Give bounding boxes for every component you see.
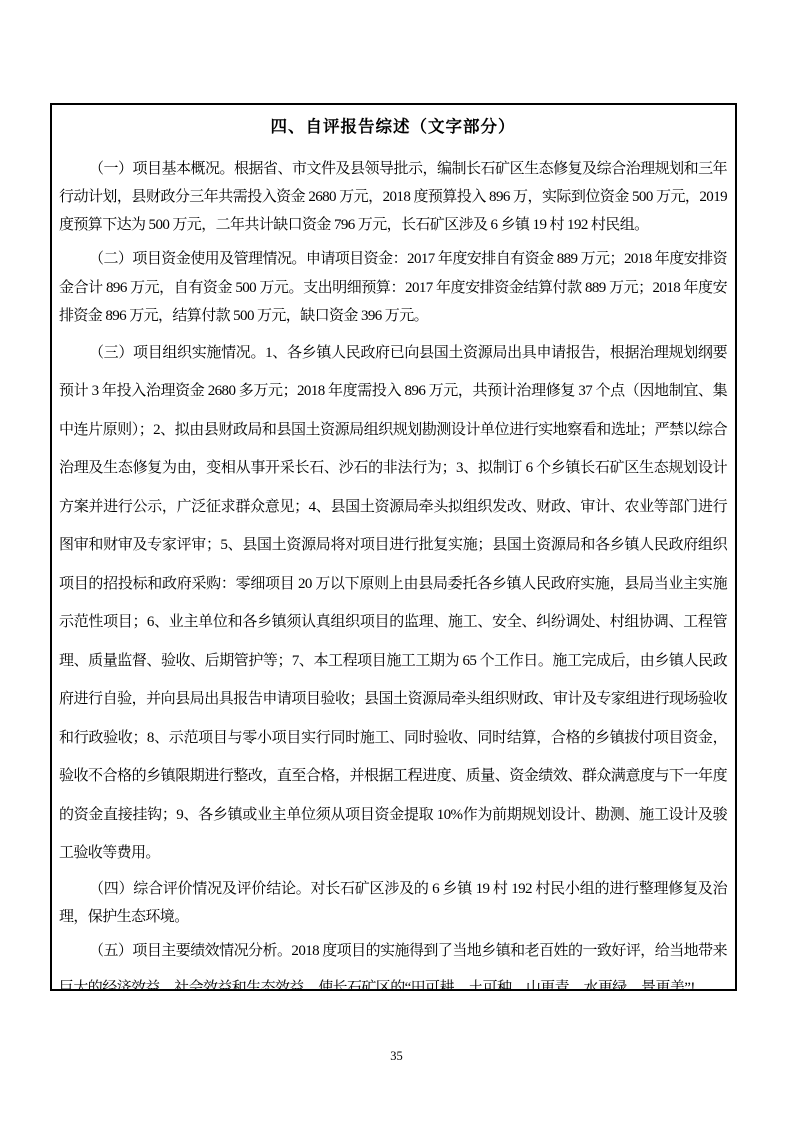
report-title: 四、自评报告综述（文字部分）: [59, 115, 727, 139]
paragraph-evaluation-conclusion: （四）综合评价情况及评价结论。对长石矿区涉及的 6 乡镇 19 村 192 村民…: [59, 875, 727, 931]
document-page: 四、自评报告综述（文字部分） （一）项目基本概况。根据省、市文件及县领导批示，编…: [0, 0, 793, 1122]
report-border-box: 四、自评报告综述（文字部分） （一）项目基本概况。根据省、市文件及县领导批示，编…: [50, 103, 737, 991]
paragraph-performance-analysis: （五）项目主要绩效情况分析。2018 度项目的实施得到了当地乡镇和老百姓的一致好…: [59, 933, 727, 992]
paragraph-implementation: （三）项目组织实施情况。1、各乡镇人民政府已向县国土资源局出具申请报告，根据治理…: [59, 334, 727, 873]
report-body: （一）项目基本概况。根据省、市文件及县领导批示，编制长石矿区生态修复及综合治理规…: [59, 155, 727, 991]
paragraph-fund-usage: （二）项目资金使用及管理情况。申请项目资金：2017 年度安排自有资金 889 …: [59, 245, 727, 331]
page-number: 35: [0, 1048, 793, 1064]
paragraph-project-overview: （一）项目基本概况。根据省、市文件及县领导批示，编制长石矿区生态修复及综合治理规…: [59, 155, 727, 239]
